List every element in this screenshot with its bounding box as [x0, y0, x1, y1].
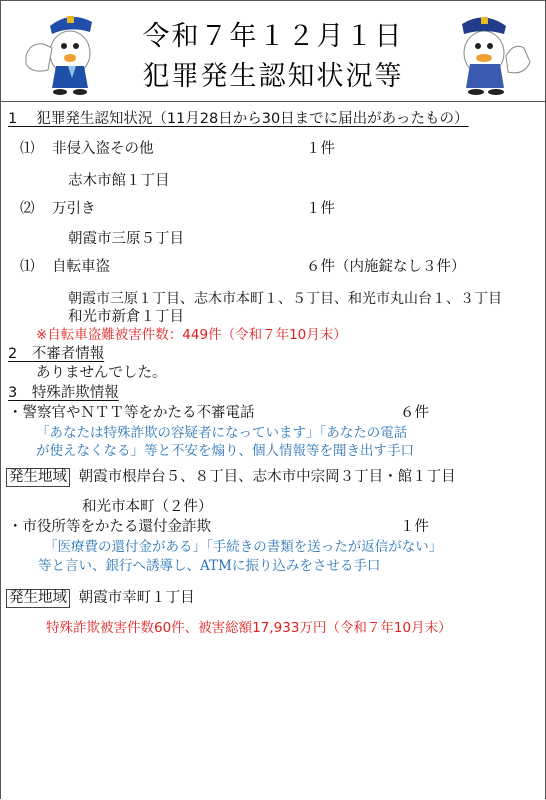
- fraud-case-desc: が使えなくなる」等と不安を煽り、個人情報等を聞き出す手口: [36, 442, 414, 460]
- area-locations: 和光市本町（２件）: [82, 498, 213, 516]
- section2-heading: 2 不審者情報: [8, 345, 104, 363]
- area-label: 発生地域: [6, 589, 70, 608]
- crime-type: 万引き: [52, 200, 96, 218]
- fraud-case-title: ・警察官やＮＴＴ等をかたる不審電話: [8, 404, 255, 422]
- crime-count: １件: [306, 140, 335, 158]
- crime-location: 朝霞市三原１丁目、志木市本町１、５丁目、和光市丸山台１、３丁目: [68, 290, 502, 308]
- fraud-case-desc: 「医療費の還付金がある」「手続きの書類を送ったが返信がない」: [44, 538, 442, 556]
- area-row: 発生地域 朝霞市幸町１丁目: [6, 589, 195, 608]
- fraud-case-count: １件: [400, 518, 429, 536]
- crime-type: 自転車盗: [52, 258, 110, 276]
- bicycle-theft-note: ※自転車盗難被害件数：449件（令和７年10月末）: [36, 326, 347, 344]
- crime-location: 朝霞市三原５丁目: [68, 230, 184, 248]
- area-label: 発生地域: [6, 468, 70, 487]
- section2-body: ありませんでした。: [36, 364, 167, 382]
- fraud-case-title: ・市役所等をかたる還付金詐欺: [8, 518, 211, 536]
- section1-heading: 1 犯罪発生認知状況（11月28日から30日までに届出があったもの）: [8, 110, 469, 128]
- crime-count: ６件（内施錠なし３件）: [306, 258, 466, 276]
- fraud-summary: 特殊詐欺被害件数60件、被害総額17,933万円（令和７年10月末）: [46, 619, 452, 637]
- item-no: ⑵: [20, 200, 35, 218]
- crime-location: 和光市新倉１丁目: [68, 308, 184, 326]
- item-no: ⑴: [20, 140, 35, 158]
- header: 令和７年１２月１日 犯罪発生認知状況等: [0, 0, 546, 102]
- item-no: ⑴: [20, 258, 35, 276]
- fraud-case-desc: 等と言い、銀行へ誘導し、ATMに振り込みをさせる手口: [38, 557, 380, 575]
- crime-type: 非侵入盗その他: [52, 140, 154, 158]
- area-locations: 朝霞市根岸台５、８丁目、志木市中宗岡３丁目・館１丁目: [79, 469, 456, 485]
- crime-count: １件: [306, 200, 335, 218]
- fraud-case-count: ６件: [400, 404, 429, 422]
- police-mascot-right-icon: [448, 8, 534, 96]
- area-locations: 朝霞市幸町１丁目: [79, 590, 195, 606]
- fraud-case-desc: 「あなたは特殊詐欺の容疑者になっています」「あなたの電話: [36, 424, 407, 442]
- area-row: 発生地域 朝霞市根岸台５、８丁目、志木市中宗岡３丁目・館１丁目: [6, 468, 456, 487]
- crime-location: 志木市館１丁目: [68, 172, 170, 190]
- section3-heading: 3 特殊詐欺情報: [8, 384, 119, 402]
